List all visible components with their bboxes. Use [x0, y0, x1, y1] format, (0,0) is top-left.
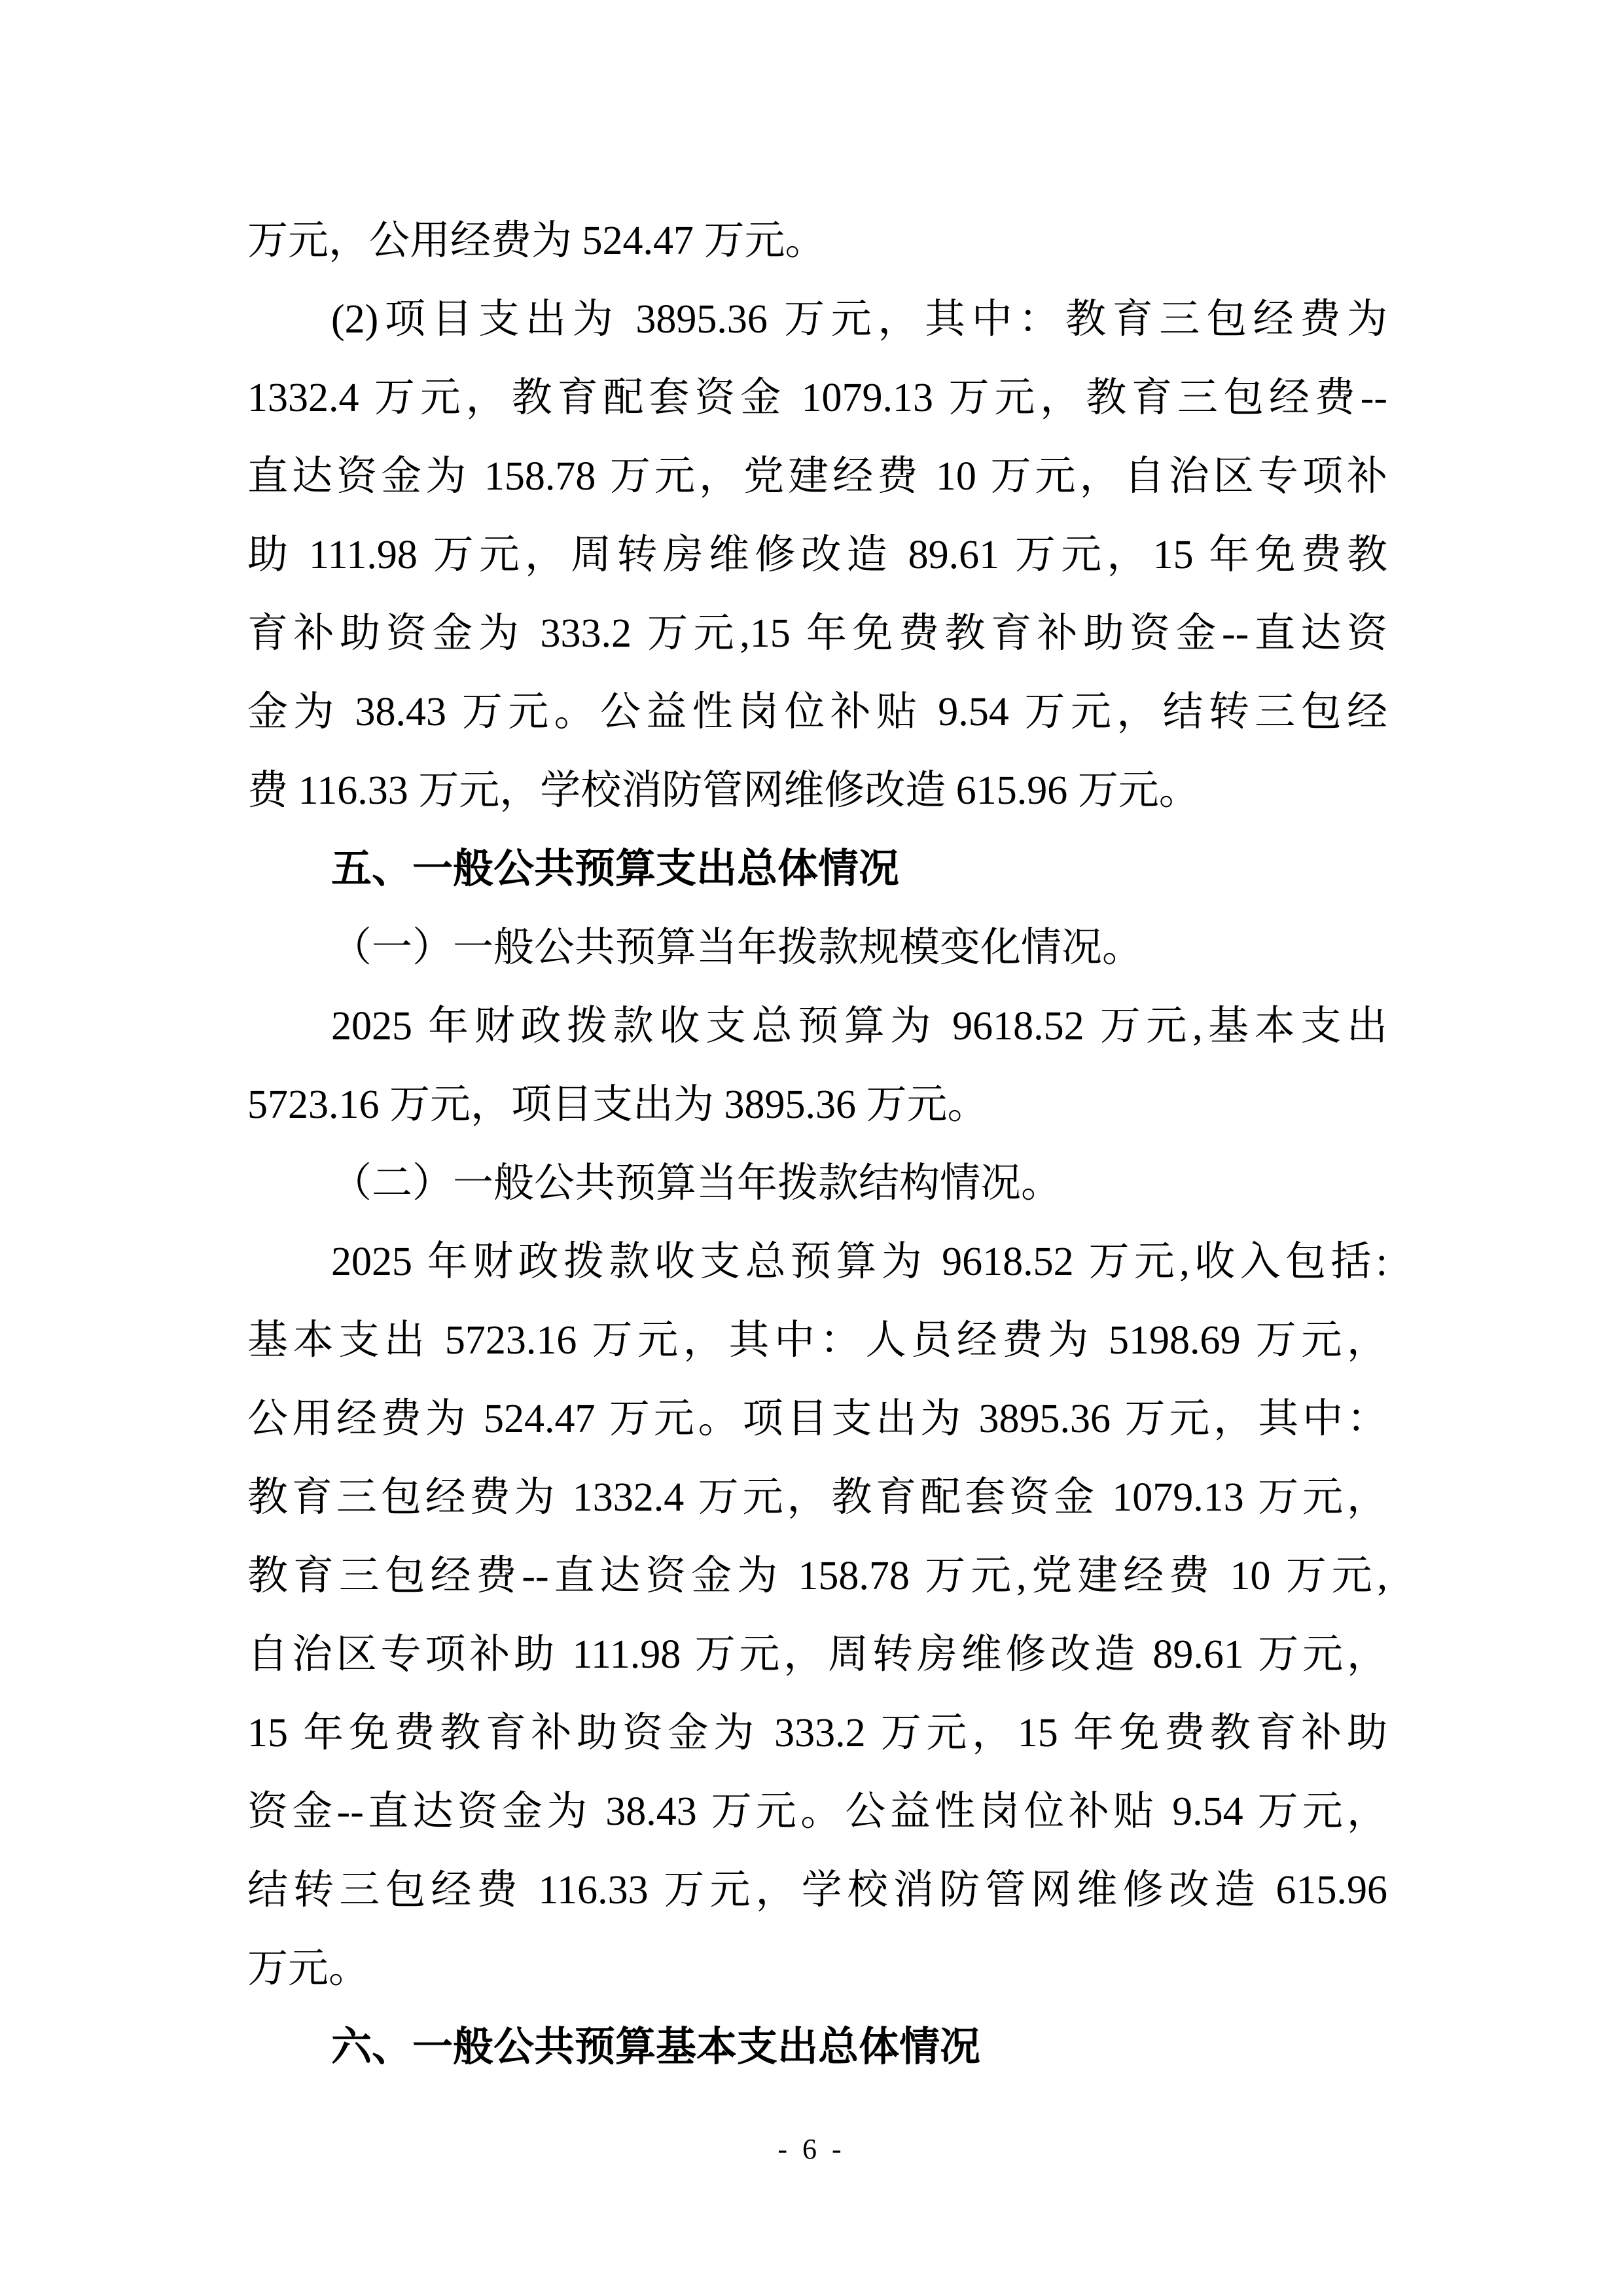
section-heading-six: 六、一般公共预算基本支出总体情况 — [247, 2008, 1387, 2087]
text-line: 15 年免费教育补助资金为 333.2 万元，15 年免费教育补助 — [247, 1694, 1387, 1772]
text-line: 育补助资金为 333.2 万元,15 年免费教育补助资金--直达资 — [247, 594, 1387, 673]
text-line: 金为 38.43 万元。公益性岗位补贴 9.54 万元，结转三包经 — [247, 673, 1387, 751]
subsection-heading-two: （二）一般公共预算当年拨款结构情况。 — [247, 1144, 1387, 1223]
text-line: 万元。 — [247, 1929, 1387, 2008]
text-line: 教育三包经费--直达资金为 158.78 万元,党建经费 10 万元, — [247, 1537, 1387, 1615]
text-line: 2025 年财政拨款收支总预算为 9618.52 万元,收入包括: — [247, 1223, 1387, 1301]
text-line: 结转三包经费 116.33 万元，学校消防管网维修改造 615.96 — [247, 1851, 1387, 1929]
text-line: 1332.4 万元，教育配套资金 1079.13 万元，教育三包经费-- — [247, 359, 1387, 437]
text-line: 自治区专项补助 111.98 万元，周转房维修改造 89.61 万元， — [247, 1615, 1387, 1694]
text-line: 基本支出 5723.16 万元，其中：人员经费为 5198.69 万元， — [247, 1301, 1387, 1380]
text-line: (2)项目支出为 3895.36 万元，其中：教育三包经费为 — [247, 280, 1387, 359]
text-line: 2025 年财政拨款收支总预算为 9618.52 万元,基本支出 — [247, 987, 1387, 1066]
body-text: 万元，公用经费为 524.47 万元。 (2)项目支出为 3895.36 万元，… — [247, 202, 1387, 2087]
text-line: 公用经费为 524.47 万元。项目支出为 3895.36 万元，其中： — [247, 1380, 1387, 1458]
document-page: 万元，公用经费为 524.47 万元。 (2)项目支出为 3895.36 万元，… — [0, 0, 1623, 2296]
page-number: - 6 - — [0, 2128, 1623, 2170]
section-heading-five: 五、一般公共预算支出总体情况 — [247, 830, 1387, 908]
text-line: 费 116.33 万元，学校消防管网维修改造 615.96 万元。 — [247, 751, 1387, 830]
text-line: 5723.16 万元，项目支出为 3895.36 万元。 — [247, 1066, 1387, 1144]
text-line: 教育三包经费为 1332.4 万元，教育配套资金 1079.13 万元， — [247, 1458, 1387, 1537]
subsection-heading-one: （一）一般公共预算当年拨款规模变化情况。 — [247, 908, 1387, 987]
text-line: 助 111.98 万元，周转房维修改造 89.61 万元，15 年免费教 — [247, 516, 1387, 594]
text-line: 直达资金为 158.78 万元，党建经费 10 万元，自治区专项补 — [247, 437, 1387, 516]
text-line: 万元，公用经费为 524.47 万元。 — [247, 202, 1387, 280]
text-line: 资金--直达资金为 38.43 万元。公益性岗位补贴 9.54 万元， — [247, 1772, 1387, 1851]
